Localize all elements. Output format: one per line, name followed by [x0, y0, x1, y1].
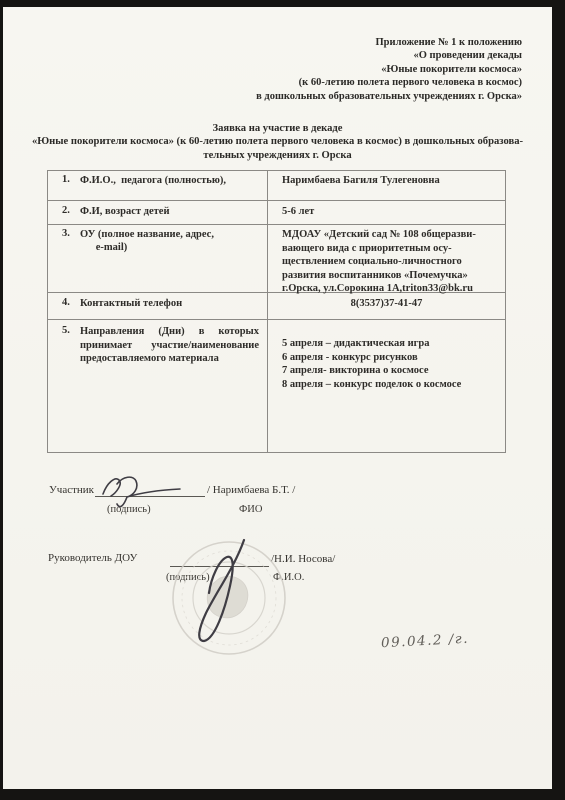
director-name-caption: Ф.И.О.	[273, 572, 304, 583]
row-label-cell: 4. Контактный телефон	[48, 293, 268, 319]
row-label: ОУ (полное название, адрес, e-mail)	[80, 228, 267, 292]
title-line: Заявка на участие в декаде	[3, 122, 552, 135]
table-row: 5. Направления (Дни) в которых принимает…	[48, 320, 505, 452]
participant-name: / Наримбаева Б.Т. /	[207, 484, 295, 496]
title-line: «Юные покорители космоса» (к 60-летию по…	[3, 135, 552, 148]
row-label: Ф.И.О., педагога (полностью),	[80, 174, 267, 200]
row-value: Наримбаева Багиля Тулегеновна	[268, 171, 505, 200]
row-number: 3.	[48, 228, 80, 292]
director-sign-caption: (подпись)	[166, 572, 210, 583]
row-label: Ф.И, возраст детей	[80, 205, 267, 224]
row-label-cell: 3. ОУ (полное название, адрес, e-mail)	[48, 225, 268, 292]
table-row: 1. Ф.И.О., педагога (полностью), Наримба…	[48, 171, 505, 201]
header-line: «О проведении декады	[256, 49, 522, 62]
handwritten-date: 09.04.2 /г.	[381, 631, 470, 652]
row-number: 5.	[48, 325, 80, 452]
table-row: 3. ОУ (полное название, адрес, e-mail) М…	[48, 225, 505, 293]
participant-role-label: Участник	[49, 484, 94, 496]
row-label-cell: 1. Ф.И.О., педагога (полностью),	[48, 171, 268, 200]
header-line: «Юные покорители космоса»	[256, 63, 522, 76]
scan-background: { "document": { "kind": "scanned applica…	[0, 0, 565, 800]
row-value: 5 апреля – дидактическая игра 6 апреля -…	[268, 320, 505, 452]
participant-sign-caption: (подпись)	[107, 504, 151, 515]
header-line: в дошкольных образовательных учреждениях…	[256, 90, 522, 103]
title-line: тельных учреждениях г. Орска	[3, 149, 552, 162]
participant-signature	[103, 477, 180, 507]
row-number: 1.	[48, 174, 80, 200]
header-line: Приложение № 1 к положению	[256, 36, 522, 49]
official-stamp	[173, 542, 285, 654]
document-title: Заявка на участие в декаде «Юные покорит…	[3, 122, 552, 162]
application-table: 1. Ф.И.О., педагога (полностью), Наримба…	[47, 170, 506, 453]
header-line: (к 60-летию полета первого человека в ко…	[256, 76, 522, 89]
row-label: Контактный телефон	[80, 297, 267, 319]
row-number: 2.	[48, 205, 80, 224]
director-signature-line	[170, 566, 269, 567]
participant-name-caption: ФИО	[239, 504, 262, 515]
row-value: МДОАУ «Детский сад № 108 общеразви- вающ…	[268, 225, 505, 292]
document-header: Приложение № 1 к положению «О проведении…	[256, 36, 522, 103]
document-paper: Приложение № 1 к положению «О проведении…	[3, 7, 552, 789]
row-number: 4.	[48, 297, 80, 319]
row-label: Направления (Дни) в которых принимает уч…	[80, 325, 267, 452]
row-label-cell: 5. Направления (Дни) в которых принимает…	[48, 320, 268, 452]
row-value: 5-6 лет	[268, 201, 505, 224]
table-row: 2. Ф.И, возраст детей 5-6 лет	[48, 201, 505, 225]
row-value: 8(3537)37-41-47	[268, 293, 505, 319]
director-name: /Н.И. Носова/	[271, 553, 335, 565]
director-signature	[199, 540, 244, 641]
row-label-cell: 2. Ф.И, возраст детей	[48, 201, 268, 224]
director-role-label: Руководитель ДОУ	[48, 552, 137, 564]
participant-signature-line	[95, 496, 205, 497]
table-row: 4. Контактный телефон 8(3537)37-41-47	[48, 293, 505, 320]
